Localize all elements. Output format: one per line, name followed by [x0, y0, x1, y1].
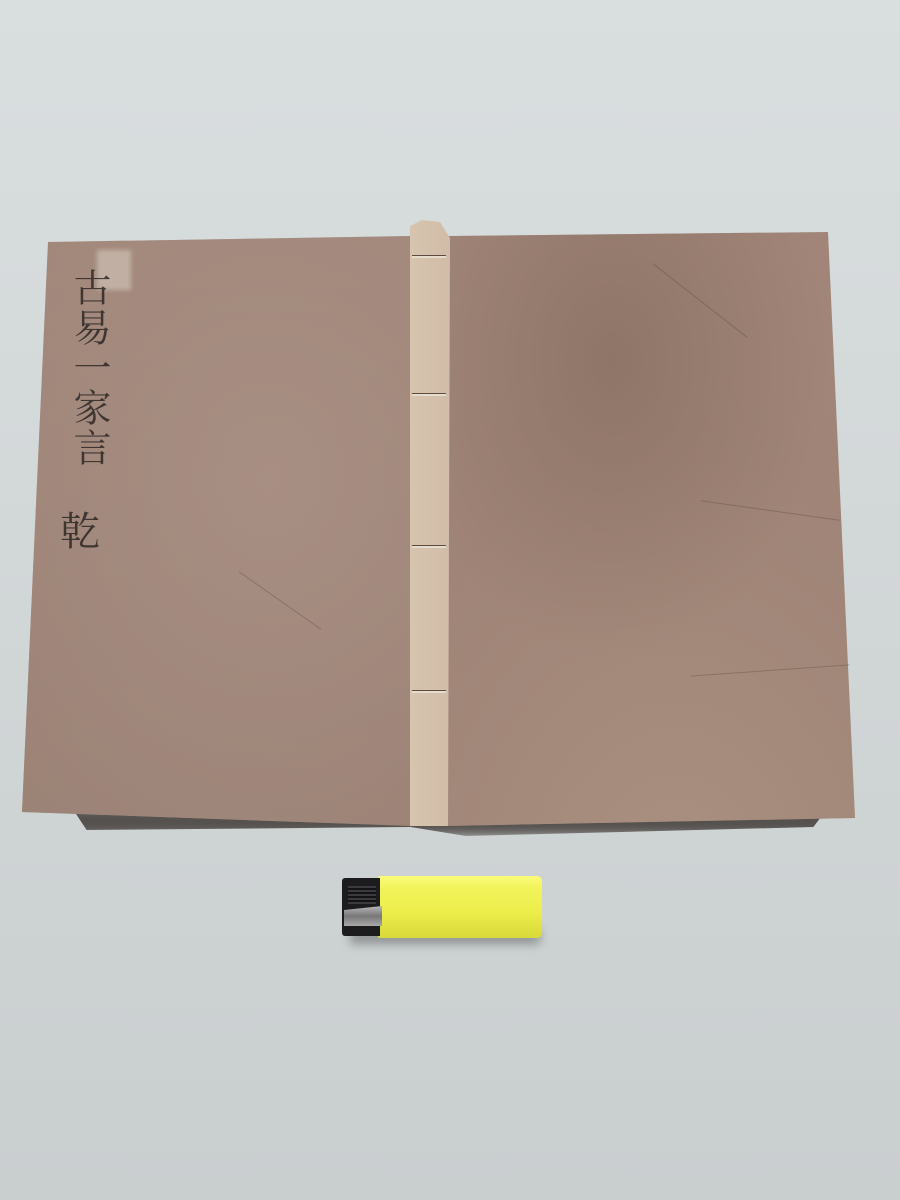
lighter	[342, 876, 542, 938]
lighter-body	[378, 876, 542, 938]
book-title: 古易一家言	[62, 268, 112, 468]
binding-stitch	[412, 545, 446, 548]
photo-scene: 古易一家言 乾	[0, 0, 900, 1200]
volume-mark: 乾	[60, 500, 100, 557]
binding-stitch	[412, 393, 446, 396]
lighter-wheel-icon	[348, 886, 376, 904]
antique-book: 古易一家言 乾	[0, 0, 900, 1200]
binding-stitch	[412, 690, 446, 693]
binding-stitch	[412, 255, 446, 258]
